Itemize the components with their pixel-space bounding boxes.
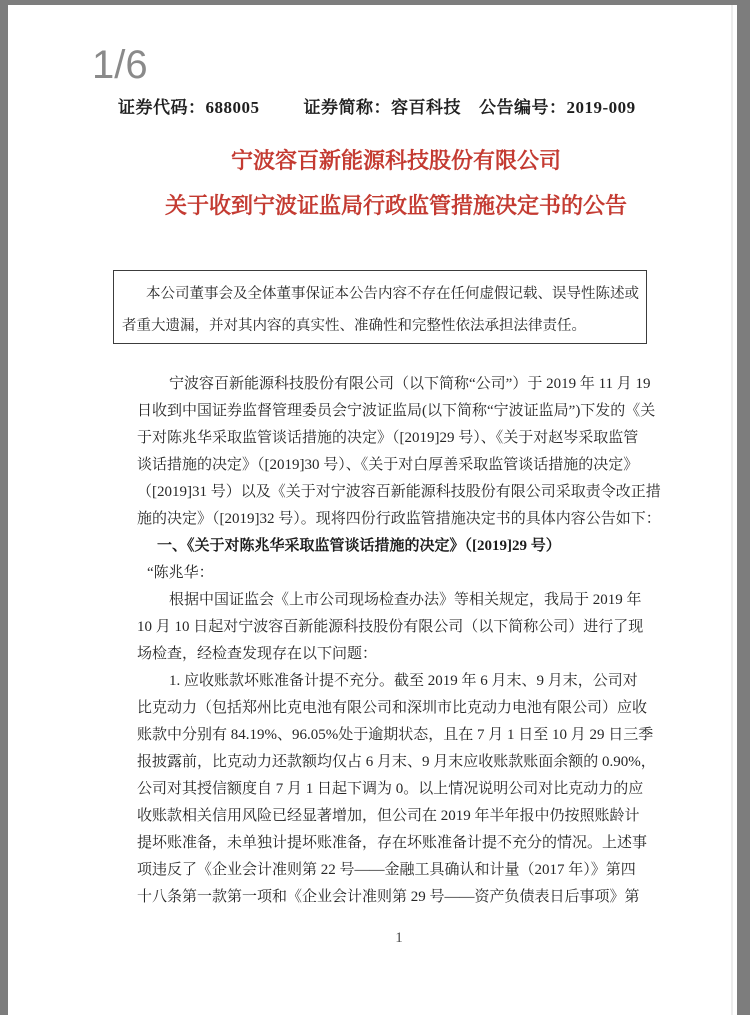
document-body: 宁波容百新能源科技股份有限公司（以下简称“公司”）于 2019 年 11 月 1… <box>137 371 661 911</box>
announcement-no-label: 公告编号： <box>479 98 567 117</box>
body-line: 场检查，经检查发现存在以下问题： <box>137 641 661 668</box>
stock-name-value: 容百科技 <box>391 98 461 117</box>
body-line: 公司对其授信额度自 7 月 1 日起下调为 0。以上情况说明公司对比克动力的应 <box>137 776 661 803</box>
body-line: 根据中国证监会《上市公司现场检查办法》等相关规定，我局于 2019 年 <box>137 587 661 614</box>
body-line: 比克动力（包括郑州比克电池有限公司和深圳市比克动力电池有限公司）应收 <box>137 695 661 722</box>
page-number-footer: 1 <box>137 930 661 947</box>
stock-code-label: 证券代码： <box>118 98 206 117</box>
stock-code-group: 证券代码：688005 <box>118 93 260 118</box>
announcement-no-value: 2019-009 <box>567 98 636 117</box>
announcement-title-line1: 宁波容百新能源科技股份有限公司 <box>129 147 663 175</box>
body-line: 项违反了《企业会计准则第 22 号——金融工具确认和计量（2017 年）》第四 <box>137 857 661 884</box>
announcement-title: 宁波容百新能源科技股份有限公司 关于收到宁波证监局行政监管措施决定书的公告 <box>129 147 663 220</box>
disclaimer-line: 者重大遗漏，并对其内容的真实性、准确性和完整性依法承担法律责任。 <box>122 310 638 342</box>
body-line: 施的决定》（[2019]32 号）。现将四份行政监管措施决定书的具体内容公告如下… <box>137 506 661 533</box>
body-line: 1. 应收账款坏账准备计提不充分。截至 2019 年 6 月末、9 月末，公司对 <box>137 668 661 695</box>
body-line: 10 月 10 日起对宁波容百新能源科技股份有限公司（以下简称公司）进行了现 <box>137 614 661 641</box>
body-line: 日收到中国证券监督管理委员会宁波证监局(以下简称“宁波证监局”)下发的《关 <box>137 398 661 425</box>
announcement-no-group: 公告编号：2019-009 <box>479 93 636 118</box>
viewer-background: 1/6 证券代码：688005证券简称：容百科技公告编号：2019-009 宁波… <box>0 0 750 1015</box>
disclaimer-box: 本公司董事会及全体董事保证本公告内容不存在任何虚假记载、误导性陈述或 者重大遗漏… <box>113 270 647 344</box>
body-line: 十八条第一款第一项和《企业会计准则第 29 号——资产负债表日后事项》第 <box>137 884 661 911</box>
body-line: 谈话措施的决定》（[2019]30 号）、《关于对白厚善采取监管谈话措施的决定》 <box>137 452 661 479</box>
disclaimer-line: 本公司董事会及全体董事保证本公告内容不存在任何虚假记载、误导性陈述或 <box>122 278 638 310</box>
body-line: 账款中分别有 84.19%、96.05%处于逾期状态，且在 7 月 1 日至 1… <box>137 722 661 749</box>
page-indicator: 1/6 <box>92 45 148 85</box>
stock-name-label: 证券简称： <box>304 98 392 117</box>
stock-name-group: 证券简称：容百科技 <box>304 93 462 118</box>
body-line: 一、《关于对陈兆华采取监管谈话措施的决定》（[2019]29 号） <box>137 533 661 560</box>
body-line: 报披露前，比克动力还款额均仅占 6 月末、9 月末应收账款账面余额的 0.90%… <box>137 749 661 776</box>
stock-info-line: 证券代码：688005证券简称：容百科技公告编号：2019-009 <box>118 93 636 118</box>
stock-code-value: 688005 <box>206 98 260 117</box>
announcement-title-line2: 关于收到宁波证监局行政监管措施决定书的公告 <box>129 192 663 220</box>
body-line: 提坏账准备，未单独计提坏账准备，存在坏账准备计提不充分的情况。上述事 <box>137 830 661 857</box>
body-line: 宁波容百新能源科技股份有限公司（以下简称“公司”）于 2019 年 11 月 1… <box>137 371 661 398</box>
body-line: 收账款相关信用风险已经显著增加，但公司在 2019 年半年报中仍按照账龄计 <box>137 803 661 830</box>
body-line: （[2019]31 号）以及《关于对宁波容百新能源科技股份有限公司采取责令改正措 <box>137 479 661 506</box>
body-line: 于对陈兆华采取监管谈话措施的决定》（[2019]29 号）、《关于对赵岑采取监管 <box>137 425 661 452</box>
body-line: “陈兆华： <box>137 560 661 587</box>
document-page: 1/6 证券代码：688005证券简称：容百科技公告编号：2019-009 宁波… <box>8 5 737 1015</box>
